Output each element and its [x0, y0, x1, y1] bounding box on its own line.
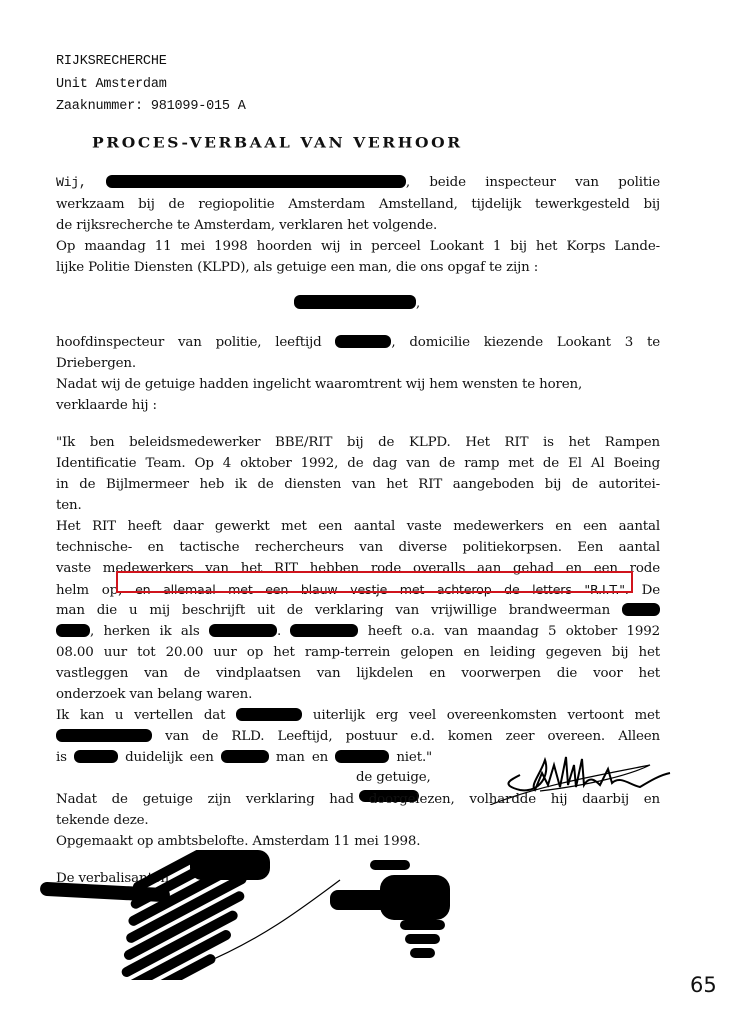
redaction	[56, 624, 90, 637]
witness-name: ,	[294, 292, 420, 311]
highlight-box	[116, 571, 633, 593]
closing-line-1: Nadat de getuige zijn verklaring had doo…	[56, 790, 660, 810]
intro-line-1: Wij, , beide inspecteur van politie	[56, 173, 660, 193]
redaction	[236, 708, 302, 721]
redaction	[56, 729, 152, 742]
closing-line-2: tekende deze.	[56, 811, 660, 831]
statement-line: vastleggen van de vindplaatsen van lijkd…	[56, 664, 660, 684]
redaction	[622, 603, 660, 616]
statement-line: in de Bijlmermeer heb ik de diensten van…	[56, 475, 660, 495]
witness-line-3: Nadat wij de getuige hadden ingelicht wa…	[56, 375, 660, 395]
statement-line: Ik kan u vertellen dat uiterlijk erg vee…	[56, 706, 660, 726]
unit-name: Unit Amsterdam	[56, 77, 167, 92]
statement-line: 08.00 uur tot 20.00 uur op het ramp-terr…	[56, 643, 660, 663]
redacted-officer-signatures	[40, 850, 500, 980]
redaction	[74, 750, 118, 763]
closing-line-3: Opgemaakt op ambtsbelofte. Amsterdam 11 …	[56, 832, 660, 852]
statement-line: Identificatie Team. Op 4 oktober 1992, d…	[56, 454, 660, 474]
witness-line-1: hoofdinspecteur van politie, leeftijd , …	[56, 333, 660, 353]
statement-line: Het RIT heeft daar gewerkt met een aanta…	[56, 517, 660, 537]
redaction	[294, 295, 416, 309]
witness-line-4: verklaarde hij :	[56, 396, 660, 416]
witness-signature-label: de getuige,	[356, 768, 476, 788]
page-number: 65	[690, 973, 717, 997]
org-name: RIJKSRECHERCHE	[56, 54, 167, 69]
statement-line: man die u mij beschrijft uit de verklari…	[56, 601, 660, 621]
intro-line-2: werkzaam bij de regiopolitie Amsterdam A…	[56, 195, 660, 215]
statement-line: ten.	[56, 496, 660, 516]
statement-line: "Ik ben beleidsmedewerker BBE/RIT bij de…	[56, 433, 660, 453]
redaction	[106, 175, 406, 188]
redaction	[335, 750, 389, 763]
intro-line-3: de rijksrecherche te Amsterdam, verklare…	[56, 216, 660, 236]
redaction	[335, 335, 391, 348]
document-page: RIJKSRECHERCHE Unit Amsterdam Zaaknummer…	[0, 0, 732, 1012]
witness-line-2: Driebergen.	[56, 354, 660, 374]
redaction	[209, 624, 277, 637]
document-title: PROCES-VERBAAL VAN VERHOOR	[92, 134, 632, 151]
redaction	[290, 624, 358, 637]
intro-line-5: lijke Politie Diensten (KLPD), als getui…	[56, 258, 660, 278]
statement-line: , herken ik als . heeft o.a. van maandag…	[56, 622, 660, 642]
case-number: Zaaknummer: 981099-015 A	[56, 99, 246, 114]
statement-line: van de RLD. Leeftijd, postuur e.d. komen…	[56, 727, 660, 747]
statement-line: technische- en tactische rechercheurs va…	[56, 538, 660, 558]
redaction	[221, 750, 269, 763]
intro-line-4: Op maandag 11 mei 1998 hoorden wij in pe…	[56, 237, 660, 257]
statement-line: onderzoek van belang waren.	[56, 685, 660, 705]
